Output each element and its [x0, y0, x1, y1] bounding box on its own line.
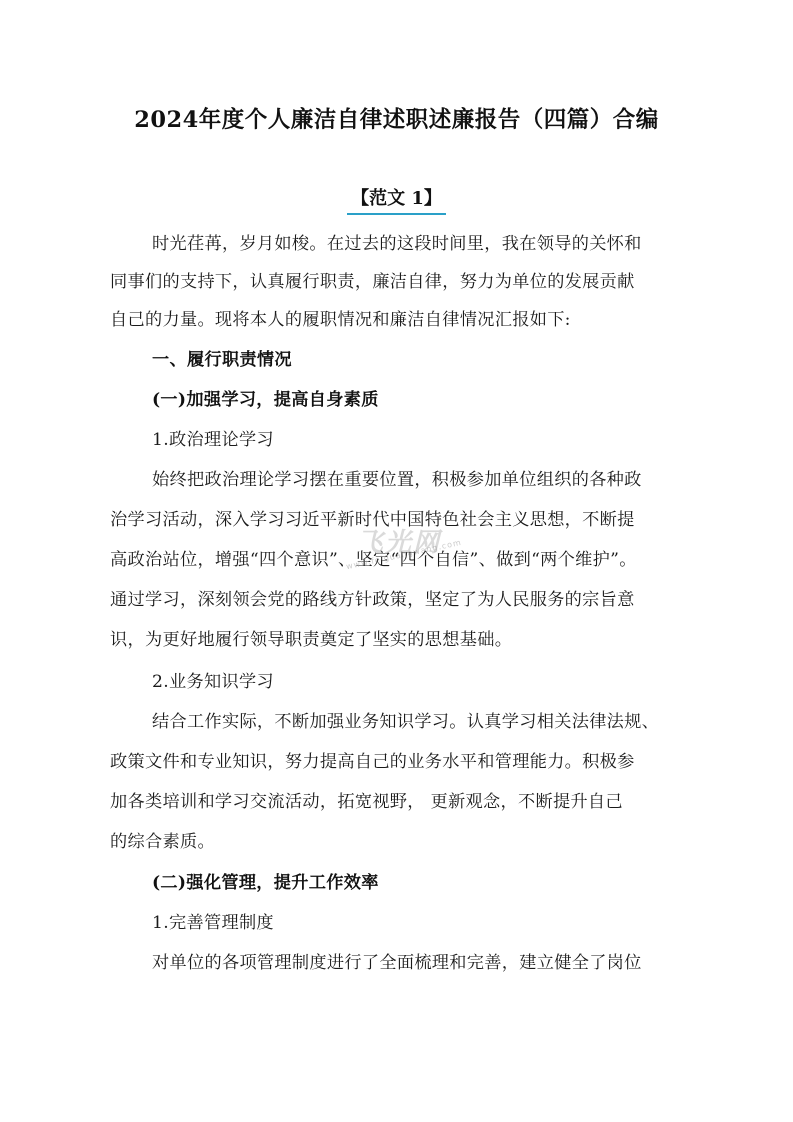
section-label: 【范文 1】 — [347, 187, 446, 215]
paragraph-line: 的综合素质。 — [110, 830, 700, 854]
paragraph-line: 时光荏苒，岁月如梭。在过去的这段时间里，我在领导的关怀和 — [152, 232, 742, 256]
document-title: 2024年度个人廉洁自律述职述廉报告（四篇）合编 — [0, 102, 793, 134]
paragraph-line: 高政治站位，增强“四个意识”、坚定“四个自信”、做到“两个维护”。 — [110, 548, 700, 572]
heading-level-3: 2.业务知识学习 — [152, 670, 742, 694]
paragraph-line: 加各类培训和学习交流活动，拓宽视野， 更新观念，不断提升自己 — [110, 790, 700, 814]
paragraph-line: 通过学习，深刻领会党的路线方针政策，坚定了为人民服务的宗旨意 — [110, 588, 700, 612]
paragraph-line: 治学习活动，深入学习习近平新时代中国特色社会主义思想，不断提 — [110, 508, 700, 532]
paragraph-line: 始终把政治理论学习摆在重要位置，积极参加单位组织的各种政 — [152, 468, 742, 492]
paragraph-line: 自己的力量。现将本人的履职情况和廉洁自律情况汇报如下: — [110, 308, 700, 332]
document-page: 2024年度个人廉洁自律述职述廉报告（四篇）合编 【范文 1】 时光荏苒，岁月如… — [0, 0, 793, 1122]
heading-level-1: 一、履行职责情况 — [152, 348, 742, 372]
section-label-wrap: 【范文 1】 — [0, 187, 793, 215]
heading-level-3: 1.政治理论学习 — [152, 428, 742, 452]
heading-level-3: 1.完善管理制度 — [152, 911, 742, 935]
paragraph-line: 对单位的各项管理制度进行了全面梳理和完善，建立健全了岗位 — [152, 951, 742, 975]
paragraph-line: 政策文件和专业知识，努力提高自己的业务水平和管理能力。积极参 — [110, 750, 700, 774]
heading-level-2: (一)加强学习，提高自身素质 — [152, 388, 742, 412]
paragraph-line: 结合工作实际，不断加强业务知识学习。认真学习相关法律法规、 — [152, 710, 742, 734]
paragraph-line: 同事们的支持下，认真履行职责，廉洁自律，努力为单位的发展贡献 — [110, 270, 700, 294]
paragraph-line: 识，为更好地履行领导职责奠定了坚实的思想基础。 — [110, 628, 700, 652]
heading-level-2: (二)强化管理，提升工作效率 — [152, 871, 742, 895]
